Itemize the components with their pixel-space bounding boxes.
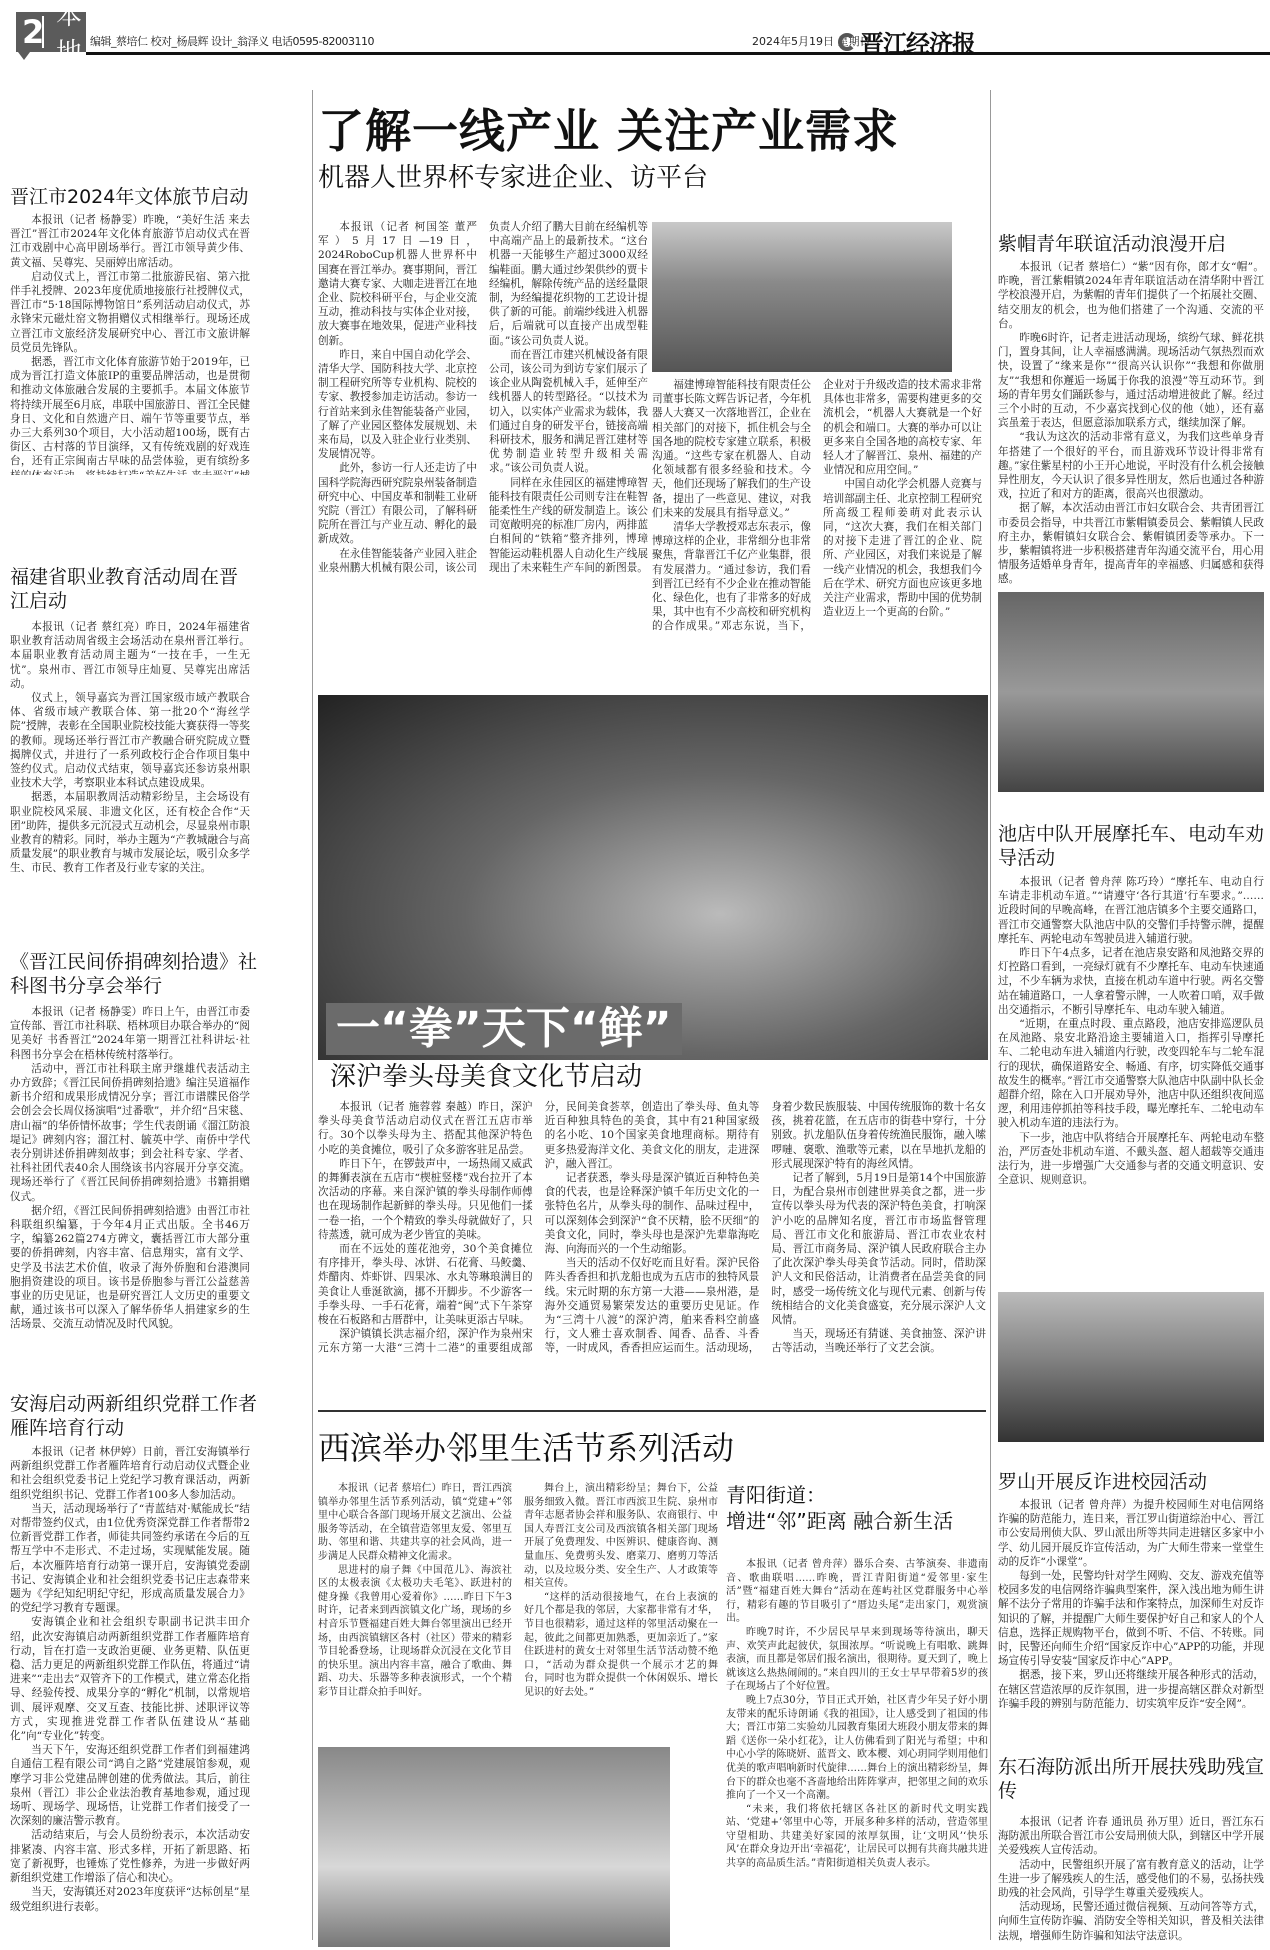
paragraph: 本报讯（记者 许春 通讯员 孙万里）近日，晋江东石海防派出所联合晋江市公安局刑侦… bbox=[998, 1815, 1264, 1858]
paragraph: 此外，参访一行人还走访了中国科学院海西研究院泉州装备制造研究中心、中国皮革和制鞋… bbox=[318, 461, 477, 546]
paragraph: 本报讯（记者 曾舟萍）器乐合奏、古筝演奏、非遗南音、歌曲联唱……昨晚，晋江青阳街… bbox=[726, 1558, 988, 1626]
paragraph: 而在晋江市建兴机械设备有限公司，该公司为到访专家们展示了该企业从陶瓷机械入手，延… bbox=[489, 348, 648, 476]
paragraph: 本报讯（记者 柯国筌 董严军）5月17日—19日，2024RoboCup机器人世… bbox=[318, 220, 477, 348]
paragraph: 思进村的扇子舞《中国范儿》、海滨社区的太极表演《太极功夫毛笔》、跃进村的健身操《… bbox=[318, 1564, 512, 1700]
food-festival-body: 本报讯（记者 施蓉蓉 秦越）昨日，深沪拳头母美食节活动启动仪式在晋江五店市举行。… bbox=[318, 1100, 986, 1400]
column-divider bbox=[312, 90, 313, 1940]
article-body: 本报讯（记者 杨静雯）昨日上午，由晋江市委宣传部、晋江市社科联、梧林项目办联合举… bbox=[10, 1005, 250, 1345]
header-rule bbox=[86, 52, 1270, 55]
paragraph: 本报讯（记者 杨静雯）昨日上午，由晋江市委宣传部、晋江市社科联、梧林项目办联合举… bbox=[10, 1005, 250, 1062]
article-title: 《晋江民间侨捐碑刻拾遗》社科图书分享会举行 bbox=[10, 950, 260, 998]
paragraph: 据介绍，《晋江民间侨捐碑刻拾遗》由晋江市社科联组织编纂，于今年4月正式出版。全书… bbox=[10, 1204, 250, 1332]
editor-credits: 编辑_蔡培仁 校对_杨晨辉 设计_翁泽义 电话0595-82003110 bbox=[90, 33, 374, 49]
lead-subheadline: 机器人世界杯专家进企业、访平台 bbox=[318, 162, 708, 194]
paragraph: 中国自动化学会机器人竞赛与培训部副主任、北京控制工程研究所高级工程师姜萌对此表示… bbox=[823, 477, 982, 619]
paragraph: 昨晚6时许，记者走进活动现场，缤纷气球、鲜花拱门，置身其间，让人幸福感满满。现场… bbox=[998, 331, 1264, 430]
article-title: 晋江市2024年文体旅节启动 bbox=[10, 185, 310, 209]
paragraph: 据悉，本届职教周活动精彩纷呈，主会场设有职业院校风采展、非遗文化区，还有校企合作… bbox=[10, 790, 250, 875]
section-rule bbox=[318, 1410, 986, 1412]
paragraph: 当天，安海镇还对2023年度获评“达标创星”星级党组织进行表彰。 bbox=[10, 1885, 250, 1913]
xibin-headline: 西滨举办邻里生活节系列活动 bbox=[318, 1428, 734, 1468]
article-body: 本报讯（记者 许春 通讯员 孙万里）近日，晋江东石海防派出所联合晋江市公安局刑侦… bbox=[998, 1815, 1264, 1945]
article-title: 福建省职业教育活动周在晋江启动 bbox=[10, 565, 250, 613]
food-festival-title: 深沪拳头母美食文化节启动 bbox=[330, 1060, 642, 1094]
paragraph: 每到一处，民警均针对学生网购、交友、游戏充值等校园多发的电信网络诈骗典型案件，深… bbox=[998, 1569, 1264, 1668]
article-title: 安海启动两新组织党群工作者雁阵培育行动 bbox=[10, 1392, 260, 1440]
paragraph: 据悉，晋江市文化体育旅游节始于2019年，已成为晋江打造文体旅IP的重要品牌活动… bbox=[10, 355, 250, 475]
article-body: 本报讯（记者 林伊婷）日前，晋江安海镇举行两新组织党群工作者雁阵培育行动启动仪式… bbox=[10, 1445, 250, 1945]
paragraph: 昨日下午，在锣鼓声中，一场热闹又威武的舞狮表演在五店市“楔桩竖楼”戏台拉开了本次… bbox=[318, 1157, 533, 1242]
paragraph: 记者获悉，拳头母是深沪镇近百种特色美食的代表，也是诠释深沪镇千年历史文化的一张特… bbox=[545, 1171, 760, 1256]
paragraph: 昨日下午4点多，记者在池店泉安路和凤池路交界的灯控路口看到，一亮绿灯就有不少摩托… bbox=[998, 946, 1264, 1017]
logo-emblem-icon bbox=[838, 33, 856, 51]
paragraph: 本报讯（记者 蔡培仁）昨日，晋江西滨镇举办邻里生活节系列活动，镇“党建+”邻里中… bbox=[318, 1482, 512, 1564]
paragraph: 仪式上，领导嘉宾为晋江国家级市域产教联合体、省级市域产教联合体、第一批20个“海… bbox=[10, 691, 250, 790]
paragraph: 启动仪式上，晋江市第二批旅游民宿、第六批伴手礼授牌、2023年度优质地接旅行社授… bbox=[10, 270, 250, 355]
lead-article-body-continued: 福建博璋智能科技有限责任公司董事长陈文辉告诉记者，今年机器人大赛又一次落地晋江，… bbox=[652, 378, 982, 678]
page-section-tab: 2 本地 bbox=[16, 12, 86, 52]
paragraph: 活动现场，民警还通过微信视频、互动问答等方式，向师生宣传防诈骗、消防安全等相关知… bbox=[998, 1900, 1264, 1943]
paragraph: 本报讯（记者 施蓉蓉 秦越）昨日，深沪拳头母美食节活动启动仪式在晋江五店市举行。… bbox=[318, 1100, 533, 1157]
article-title: 罗山开展反诈进校园活动 bbox=[998, 1470, 1264, 1494]
paragraph: 据悉，接下来，罗山还将继续开展各种形式的活动，在辖区营造浓厚的反诈氛围，进一步提… bbox=[998, 1668, 1264, 1708]
xibin-body: 本报讯（记者 蔡培仁）昨日，晋江西滨镇举办邻里生活节系列活动，镇“党建+”邻里中… bbox=[318, 1482, 718, 1737]
paragraph: 而在不远处的莲花池旁，30个美食摊位有序排开，拳头母、冰饼、石花膏、马鲛羹、炸醋… bbox=[318, 1242, 533, 1327]
paragraph: 活动中，民警组织开展了富有教育意义的活动，让学生进一步了解残疾人的生活，感受他们… bbox=[998, 1858, 1264, 1901]
article-body: 本报讯（记者 杨静雯）昨晚，“美好生活 来去晋江”晋江市2024年文化体育旅游节… bbox=[10, 213, 250, 475]
paragraph: 安海镇企业和社会组织专职副书记洪丰田介绍，此次安海镇启动两新组织党群工作者雁阵培… bbox=[10, 1615, 250, 1743]
article-body: 本报讯（记者 曾舟萍 陈巧玲）“摩托车、电动自行车请走非机动车道。”“请遵守‘各… bbox=[998, 875, 1264, 1285]
article-title: 紫帽青年联谊活动浪漫开启 bbox=[998, 232, 1268, 256]
photo-banner-headline: 一“拳”天下“鲜” bbox=[326, 1003, 682, 1055]
column-divider bbox=[990, 90, 991, 1940]
robot-visit-photo bbox=[652, 222, 952, 372]
paragraph: “未来，我们将依托辖区各社区的新时代文明实践站、‘党建+’邻里中心等，开展多种多… bbox=[726, 1803, 988, 1871]
paragraph: 活动结束后，与会人员纷纷表示，本次活动安排紧凑、内容丰富、形式多样，开拓了新思路… bbox=[10, 1828, 250, 1885]
paragraph: 记者了解到，5月19日是第14个中国旅游日，为配合泉州市创建世界美食之都，进一步… bbox=[771, 1171, 986, 1327]
paragraph: 同样在永佳园区的福建博璋智能科技有限责任公司则专注在鞋智能柔性生产线的研发制造上… bbox=[489, 476, 648, 575]
paragraph: 本报讯（记者 蔡培仁）“紫”因有你，郎才女“帽”。昨晚，晋江紫帽镇2024年青年… bbox=[998, 260, 1264, 331]
lead-headline: 了解一线产业 关注产业需求 bbox=[318, 105, 899, 157]
headline-line: 青阳街道： bbox=[726, 1482, 953, 1508]
paragraph: 福建博璋智能科技有限责任公司董事长陈文辉告诉记者，今年机器人大赛又一次落地晋江，… bbox=[652, 378, 811, 520]
xibin-dance-photo bbox=[318, 1747, 670, 1947]
paragraph: 本报讯（记者 杨静雯）昨晚，“美好生活 来去晋江”晋江市2024年文化体育旅游节… bbox=[10, 213, 250, 270]
paragraph: 昨日，来自中国自动化学会、清华大学、国防科技大学、北京控制工程研究所等专业机构、… bbox=[318, 348, 477, 462]
article-body: 本报讯（记者 曾舟萍）为提升校园师生对电信网络诈骗的防范能力，连日来，晋江罗山街… bbox=[998, 1498, 1264, 1708]
paragraph: 本报讯（记者 曾舟萍）为提升校园师生对电信网络诈骗的防范能力，连日来，晋江罗山街… bbox=[998, 1498, 1264, 1569]
article-title: 池店中队开展摩托车、电动车劝导活动 bbox=[998, 822, 1264, 870]
article-body: 本报讯（记者 蔡红亮）昨日，2024年福建省职业教育活动周省级主会场活动在泉州晋… bbox=[10, 620, 250, 900]
paragraph: 当天下午，安海还组织党群工作者们到福建鸿自通信工程有限公司“鸿自之路”党建展馆参… bbox=[10, 1743, 250, 1828]
paragraph: 本报讯（记者 林伊婷）日前，晋江安海镇举行两新组织党群工作者雁阵培育行动启动仪式… bbox=[10, 1445, 250, 1502]
paragraph: 下一步，池店中队将结合开展摩托车、两轮电动车整治，严厉查处非机动车道、不戴头盔、… bbox=[998, 1131, 1264, 1188]
paragraph: 本报讯（记者 蔡红亮）昨日，2024年福建省职业教育活动周省级主会场活动在泉州晋… bbox=[10, 620, 250, 691]
paragraph: “近期，在重点时段、重点路段，池店安排巡逻队员在凤池路、泉安北路沿途主要辅道入口… bbox=[998, 1017, 1264, 1131]
page-number: 2 bbox=[22, 16, 44, 48]
paragraph: 当天，活动现场举行了“青蓝结对·赋能成长”结对帮带签约仪式，由1位优秀资深党群工… bbox=[10, 1502, 250, 1616]
youth-event-photo bbox=[998, 592, 1264, 792]
paragraph: 舞台上，演出精彩纷呈；舞台下，公益服务细致入微。晋江市西滨卫生院、泉州市青年志愿… bbox=[524, 1482, 718, 1591]
lead-article-body: 本报讯（记者 柯国筌 董严军）5月17日—19日，2024RoboCup机器人世… bbox=[318, 220, 648, 680]
paragraph: “我认为这次的活动非常有意义，为我们这些单身青年搭建了一个很好的平台，而且游戏环… bbox=[998, 430, 1264, 501]
tab-pointer-icon bbox=[18, 52, 30, 60]
paragraph: 活动中，晋江市社科联主席尹继雄代表活动主办方致辞；《晋江民间侨捐碑刻拾遗》编注吴… bbox=[10, 1062, 250, 1204]
headline-line: 增进“邻”距离 融合新生活 bbox=[726, 1508, 953, 1534]
paragraph: 昨晚7时许，不少居民早早来到现场等待演出，聊天声、欢笑声此起彼伏，氛围浓厚。“听… bbox=[726, 1626, 988, 1694]
article-body: 本报讯（记者 蔡培仁）“紫”因有你，郎才女“帽”。昨晚，晋江紫帽镇2024年青年… bbox=[998, 260, 1264, 585]
paragraph: “这样的活动很接地气，在台上表演的好几个都是我的邻居，大家都非常有才华，节目也很… bbox=[524, 1591, 718, 1700]
paragraph: 本报讯（记者 曾舟萍 陈巧玲）“摩托车、电动自行车请走非机动车道。”“请遵守‘各… bbox=[998, 875, 1264, 946]
qingyang-body: 本报讯（记者 曾舟萍）器乐合奏、古筝演奏、非遗南音、歌曲联唱……昨晚，晋江青阳街… bbox=[726, 1558, 988, 1948]
qingyang-headline: 青阳街道： 增进“邻”距离 融合新生活 bbox=[726, 1482, 953, 1534]
article-title: 东石海防派出所开展扶残助残宣传 bbox=[998, 1755, 1264, 1803]
traffic-police-photo bbox=[998, 1292, 1264, 1442]
paragraph: 晚上7点30分，节目正式开始，社区青少年吴子妤小朋友带来的配乐诗朗诵《我的祖国》… bbox=[726, 1694, 988, 1803]
paragraph: 当天，现场还有猜谜、美食抽签、深沪讲古等活动，当晚还举行了文艺会演。 bbox=[771, 1327, 986, 1355]
section-name: 本地 bbox=[56, 0, 92, 69]
paragraph: 据了解，本次活动由晋江市妇女联合会、共青团晋江市委员会指导，中共晋江市紫帽镇委员… bbox=[998, 501, 1264, 585]
